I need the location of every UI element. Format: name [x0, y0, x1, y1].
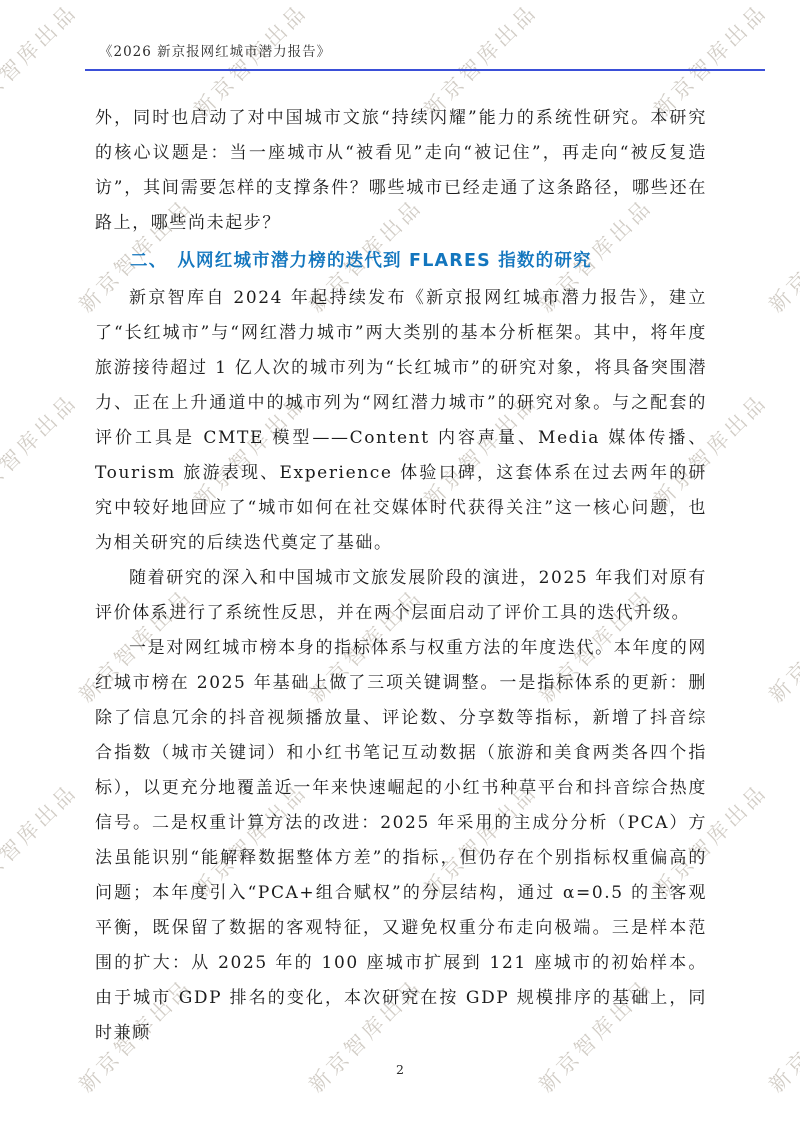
- paragraph: 一是对网红城市榜本身的指标体系与权重方法的年度迭代。本年度的网红城市榜在 202…: [95, 631, 707, 1051]
- watermark-text: 新京智库出品: [0, 776, 84, 903]
- header-rule: [85, 69, 765, 71]
- page-footer: 2: [0, 1062, 800, 1077]
- watermark-text: 新京智库出品: [761, 191, 800, 318]
- report-page: 新京智库出品新京智库出品新京智库出品新京智库出品新京智库出品新京智库出品新京智库…: [0, 0, 800, 1132]
- section-heading: 二、 从网红城市潜力榜的迭代到 FLARES 指数的研究: [95, 241, 707, 281]
- paragraph-continuation: 外，同时也启动了对中国城市文旅“持续闪耀”能力的系统性研究。本研究的核心议题是：…: [95, 101, 707, 241]
- header-title: 《2026 新京报网红城市潜力报告》: [99, 40, 331, 60]
- watermark-text: 新京智库出品: [0, 386, 84, 513]
- paragraph: 随着研究的深入和中国城市文旅发展阶段的演进，2025 年我们对原有评价体系进行了…: [95, 561, 707, 631]
- watermark-text: 新京智库出品: [761, 971, 800, 1098]
- page-number: 2: [396, 1062, 404, 1077]
- watermark-text: 新京智库出品: [0, 0, 84, 124]
- paragraph: 新京智库自 2024 年起持续发布《新京报网红城市潜力报告》，建立了“长红城市”…: [95, 281, 707, 561]
- document-body: 外，同时也启动了对中国城市文旅“持续闪耀”能力的系统性研究。本研究的核心议题是：…: [95, 101, 707, 1051]
- watermark-text: 新京智库出品: [761, 581, 800, 708]
